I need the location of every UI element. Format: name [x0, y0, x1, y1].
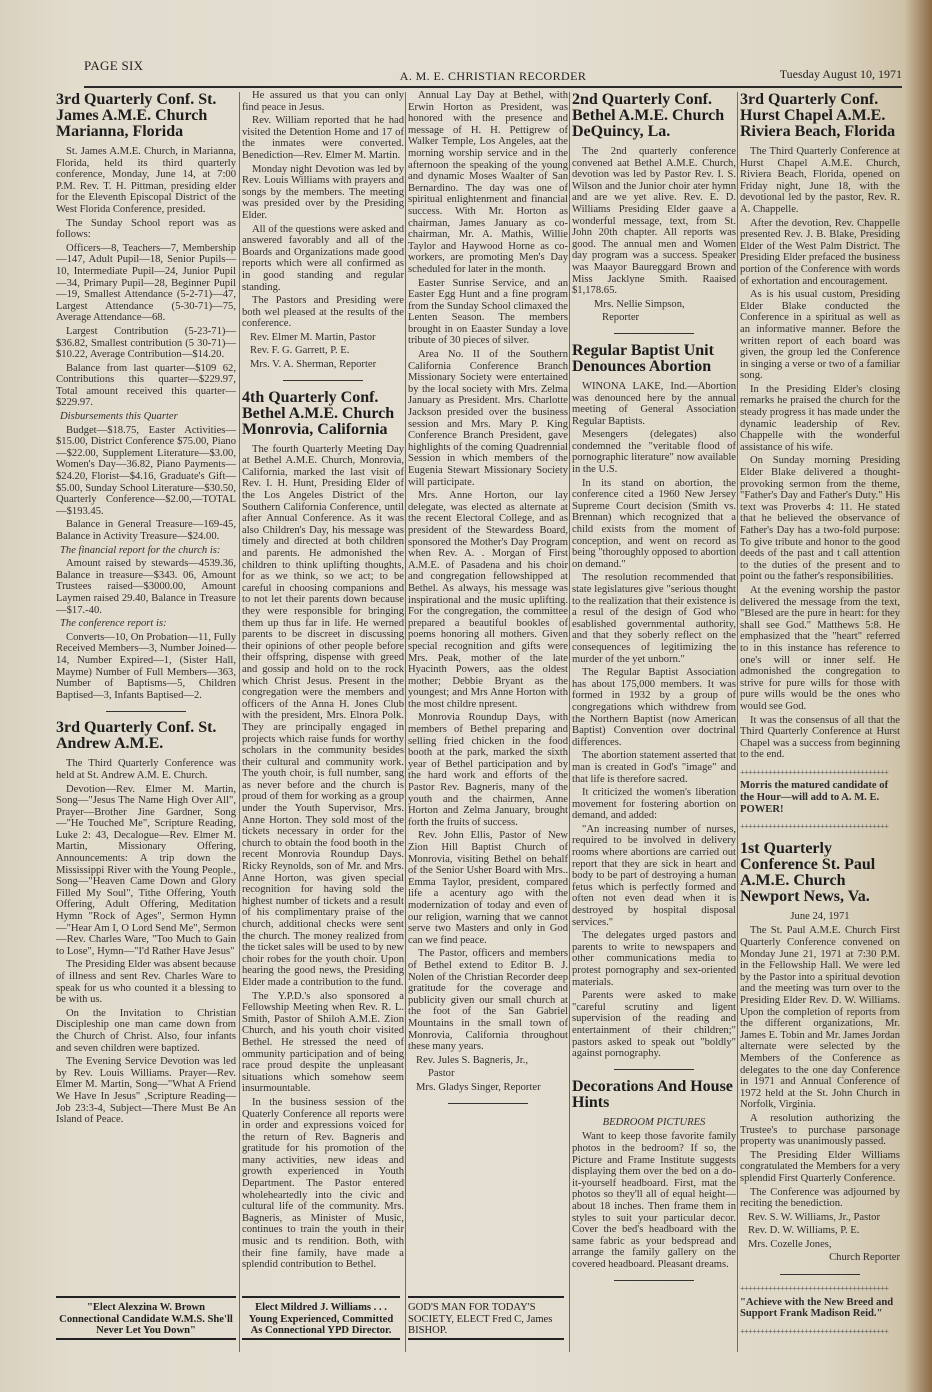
paragraph: Easter Sunrise Service, and an Easter Eg… [408, 278, 568, 348]
column-4: 2nd Quarterly Conf. Bethel A.M.E. Church… [572, 90, 736, 1350]
headline: 3rd Quarterly Conf. St. Andrew A.M.E. [56, 720, 236, 752]
signature: Rev. Jules S. Bagneris, Jr., [408, 1055, 568, 1067]
article-st-paul: 1st Quarterly Conference St. Paul A.M.E.… [740, 841, 900, 1264]
decorative-rule: +++++++++++++++++++++++++++++++++++++ [740, 767, 900, 779]
paragraph: Monrovia Roundup Days, with members of B… [408, 712, 568, 828]
headline: 2nd Quarterly Conf. Bethel A.M.E. Church… [572, 92, 736, 140]
paragraph: On Sunday morning Presiding Elder Blake … [740, 455, 900, 583]
masthead: PAGE SIX A. M. E. CHRISTIAN RECORDER Tue… [84, 58, 902, 88]
paragraph: The abortion statement asserted that man… [572, 750, 736, 785]
ad-mildred-williams: Elect Mildred J. Williams . . . Young Ex… [242, 1296, 400, 1340]
paragraph: Annual Lay Day at Bethel, with Erwin Hor… [408, 90, 568, 276]
signature: Rev. S. W. Williams, Jr., Pastor [740, 1212, 900, 1224]
paragraph: The Conference was adjourned by reciting… [740, 1187, 900, 1210]
section-divider [572, 328, 736, 336]
signature: Rev. D. W. Williams, P. E. [740, 1225, 900, 1237]
paragraph: The Regular Baptist Association has abou… [572, 667, 736, 748]
paragraph: The Third Quarterly Conference was held … [56, 758, 236, 781]
paragraph: Devotion—Rev. Elmer M. Martin, Song—"Jes… [56, 784, 236, 958]
section-divider [572, 1064, 736, 1072]
paragraph: The resolution recommended that state le… [572, 572, 736, 665]
paragraph: In the business session of the Quaterly … [242, 1097, 404, 1271]
column-2: He assured us that you can only find pea… [242, 90, 404, 1350]
paragraph: The Pastor, officers and members of Beth… [408, 948, 568, 1052]
paragraph: Mrs. Anne Horton, our lay delegate, was … [408, 490, 568, 710]
article-st-james: 3rd Quarterly Conf. St. James A.M.E. Chu… [56, 92, 236, 701]
column-rule [569, 92, 570, 1352]
paragraph: "An increasing number of nurses, require… [572, 824, 736, 928]
paragraph: Largest Contribution (5-23-71)—$36.82, S… [56, 326, 236, 361]
paragraph: The Y.P.D.'s also sponsored a Fellowship… [242, 991, 404, 1095]
paragraph: A resolution authorizing the Trustee's t… [740, 1113, 900, 1148]
paragraph: The Presiding Elder Williams congratulat… [740, 1150, 900, 1185]
paragraph: The 2nd quarterly conference convened aa… [572, 146, 736, 297]
headline: 1st Quarterly Conference St. Paul A.M.E.… [740, 841, 900, 905]
signature: Mrs. Nellie Simpson, [572, 299, 736, 311]
dateline: June 24, 1971 [740, 911, 900, 923]
subheading: BEDROOM PICTURES [572, 1117, 736, 1129]
signature: Mrs. V. A. Sherman, Reporter [242, 359, 404, 371]
newspaper-page: PAGE SIX A. M. E. CHRISTIAN RECORDER Tue… [0, 0, 932, 1392]
paragraph: Budget—$18.75, Easter Activities—$15.00,… [56, 425, 236, 518]
section-divider [408, 1097, 568, 1105]
paragraph: The St. Paul A.M.E. Church First Quarter… [740, 925, 900, 1111]
paragraph: The fourth Quarterly Meeting Day at Beth… [242, 444, 404, 989]
column-3: Annual Lay Day at Bethel, with Erwin Hor… [408, 90, 568, 1350]
paragraph: Rev. William reported that he had visite… [242, 115, 404, 161]
paragraph: At the evening worship the pastor delive… [740, 585, 900, 713]
paragraph: In its stand on abortion, the conference… [572, 478, 736, 571]
paragraph: The Third Quarterly Conference at Hurst … [740, 146, 900, 216]
paragraph: Want to keep those favorite family photo… [572, 1131, 736, 1270]
section-divider [740, 1268, 900, 1276]
article-hurst-chapel: 3rd Quarterly Conf. Hurst Chapel A.M.E. … [740, 92, 900, 761]
paragraph: It criticized the women's liberation mov… [572, 787, 736, 822]
paragraph: Monday night Devotion was led by Rev. Lo… [242, 164, 404, 222]
paragraph: He assured us that you can only find pea… [242, 90, 404, 113]
paragraph: Area No. II of the Southern California C… [408, 349, 568, 488]
paragraph: It was the consensus of all that the Thi… [740, 715, 900, 761]
paragraph: Parents were asked to make "careful scru… [572, 990, 736, 1060]
section-divider [242, 375, 404, 383]
section-divider [56, 705, 236, 713]
paragraph: WINONA LAKE, Ind.—Abortion was denounced… [572, 381, 736, 427]
signature: Church Reporter [740, 1252, 900, 1264]
issue-date: Tuesday August 10, 1971 [780, 67, 902, 82]
headline: Regular Baptist Unit Denounces Abortion [572, 343, 736, 375]
headline: Decorations And House Hints [572, 1079, 736, 1111]
headline: 4th Quarterly Conf. Bethel A.M.E. Church… [242, 390, 404, 438]
subheading: The financial report for the church is: [56, 545, 236, 557]
paragraph: On the Invitation to Christian Disciples… [56, 1008, 236, 1054]
paragraph: Amount raised by stewards—4539.36, Balan… [56, 558, 236, 616]
reid-ad: "Achieve with the New Breed and Support … [740, 1297, 900, 1320]
paragraph: Rev. John Ellis, Pastor of New Zion Hill… [408, 830, 568, 946]
article-bethel-dequincy: 2nd Quarterly Conf. Bethel A.M.E. Church… [572, 92, 736, 324]
decorative-rule: +++++++++++++++++++++++++++++++++++++ [740, 1283, 900, 1295]
article-decorations: Decorations And House Hints BEDROOM PICT… [572, 1079, 736, 1271]
paragraph: The Sunday School report was as follows: [56, 218, 236, 241]
signature: Pastor [408, 1068, 568, 1080]
subheading: Disbursements this Quarter [56, 411, 236, 423]
paragraph: After the devotion, Rev. Chappelle prese… [740, 218, 900, 288]
paragraph: Balance in General Treasure—169-45, Bala… [56, 519, 236, 542]
column-rule [239, 92, 240, 1352]
paragraph: The Evening Service Devotion was led by … [56, 1056, 236, 1126]
ad-alexzina-brown: "Elect Alexzina W. Brown Connectional Ca… [56, 1296, 236, 1340]
decorative-rule: +++++++++++++++++++++++++++++++++++++ [740, 821, 900, 833]
signature: Reporter [572, 312, 736, 324]
signature: Mrs. Gladys Singer, Reporter [408, 1082, 568, 1094]
paragraph: The Presiding Elder was absent because o… [56, 959, 236, 1005]
paragraph: The delegates urged pastors and parents … [572, 930, 736, 988]
paragraph: Officers—8, Teachers—7, Membership—147, … [56, 243, 236, 324]
paragraph: Converts—10, On Probation—11, Fully Rece… [56, 632, 236, 702]
column-rule [737, 92, 738, 1352]
column-1: 3rd Quarterly Conf. St. James A.M.E. Chu… [56, 90, 236, 1350]
morris-ad: Morris the matured candidate of the Hour… [740, 780, 900, 815]
signature: Rev. Elmer M. Martin, Pastor [242, 332, 404, 344]
paragraph: All of the questions were asked and answ… [242, 224, 404, 294]
article-bethel-monrovia: 4th Quarterly Conf. Bethel A.M.E. Church… [242, 390, 404, 1271]
article-baptist-abortion: Regular Baptist Unit Denounces Abortion … [572, 343, 736, 1060]
paragraph: St. James A.M.E. Church, in Marianna, Fl… [56, 146, 236, 216]
paragraph: Balance from last quarter—$109 62, Contr… [56, 363, 236, 409]
paragraph: Mesengers (delegates) also condemned the… [572, 429, 736, 475]
paragraph: The Pastors and Presiding were both wel … [242, 295, 404, 330]
column-rule [405, 92, 406, 1352]
headline: 3rd Quarterly Conf. St. James A.M.E. Chu… [56, 92, 236, 140]
paragraph: In the Presiding Elder's closing remarks… [740, 384, 900, 454]
section-divider [572, 1274, 736, 1282]
paragraph: As is his usual custom, Presiding Elder … [740, 289, 900, 382]
signature: Rev. F. G. Garrett, P. E. [242, 345, 404, 357]
ad-fred-james: GOD'S MAN FOR TODAY'S SOCIETY, ELECT Fre… [408, 1296, 564, 1340]
signature: Mrs. Cozelle Jones, [740, 1239, 900, 1251]
subheading: The conference report is: [56, 618, 236, 630]
headline: 3rd Quarterly Conf. Hurst Chapel A.M.E. … [740, 92, 900, 140]
decorative-rule: +++++++++++++++++++++++++++++++++++++ [740, 1326, 900, 1338]
column-5: 3rd Quarterly Conf. Hurst Chapel A.M.E. … [740, 90, 900, 1350]
article-st-andrew: 3rd Quarterly Conf. St. Andrew A.M.E. Th… [56, 720, 236, 1125]
